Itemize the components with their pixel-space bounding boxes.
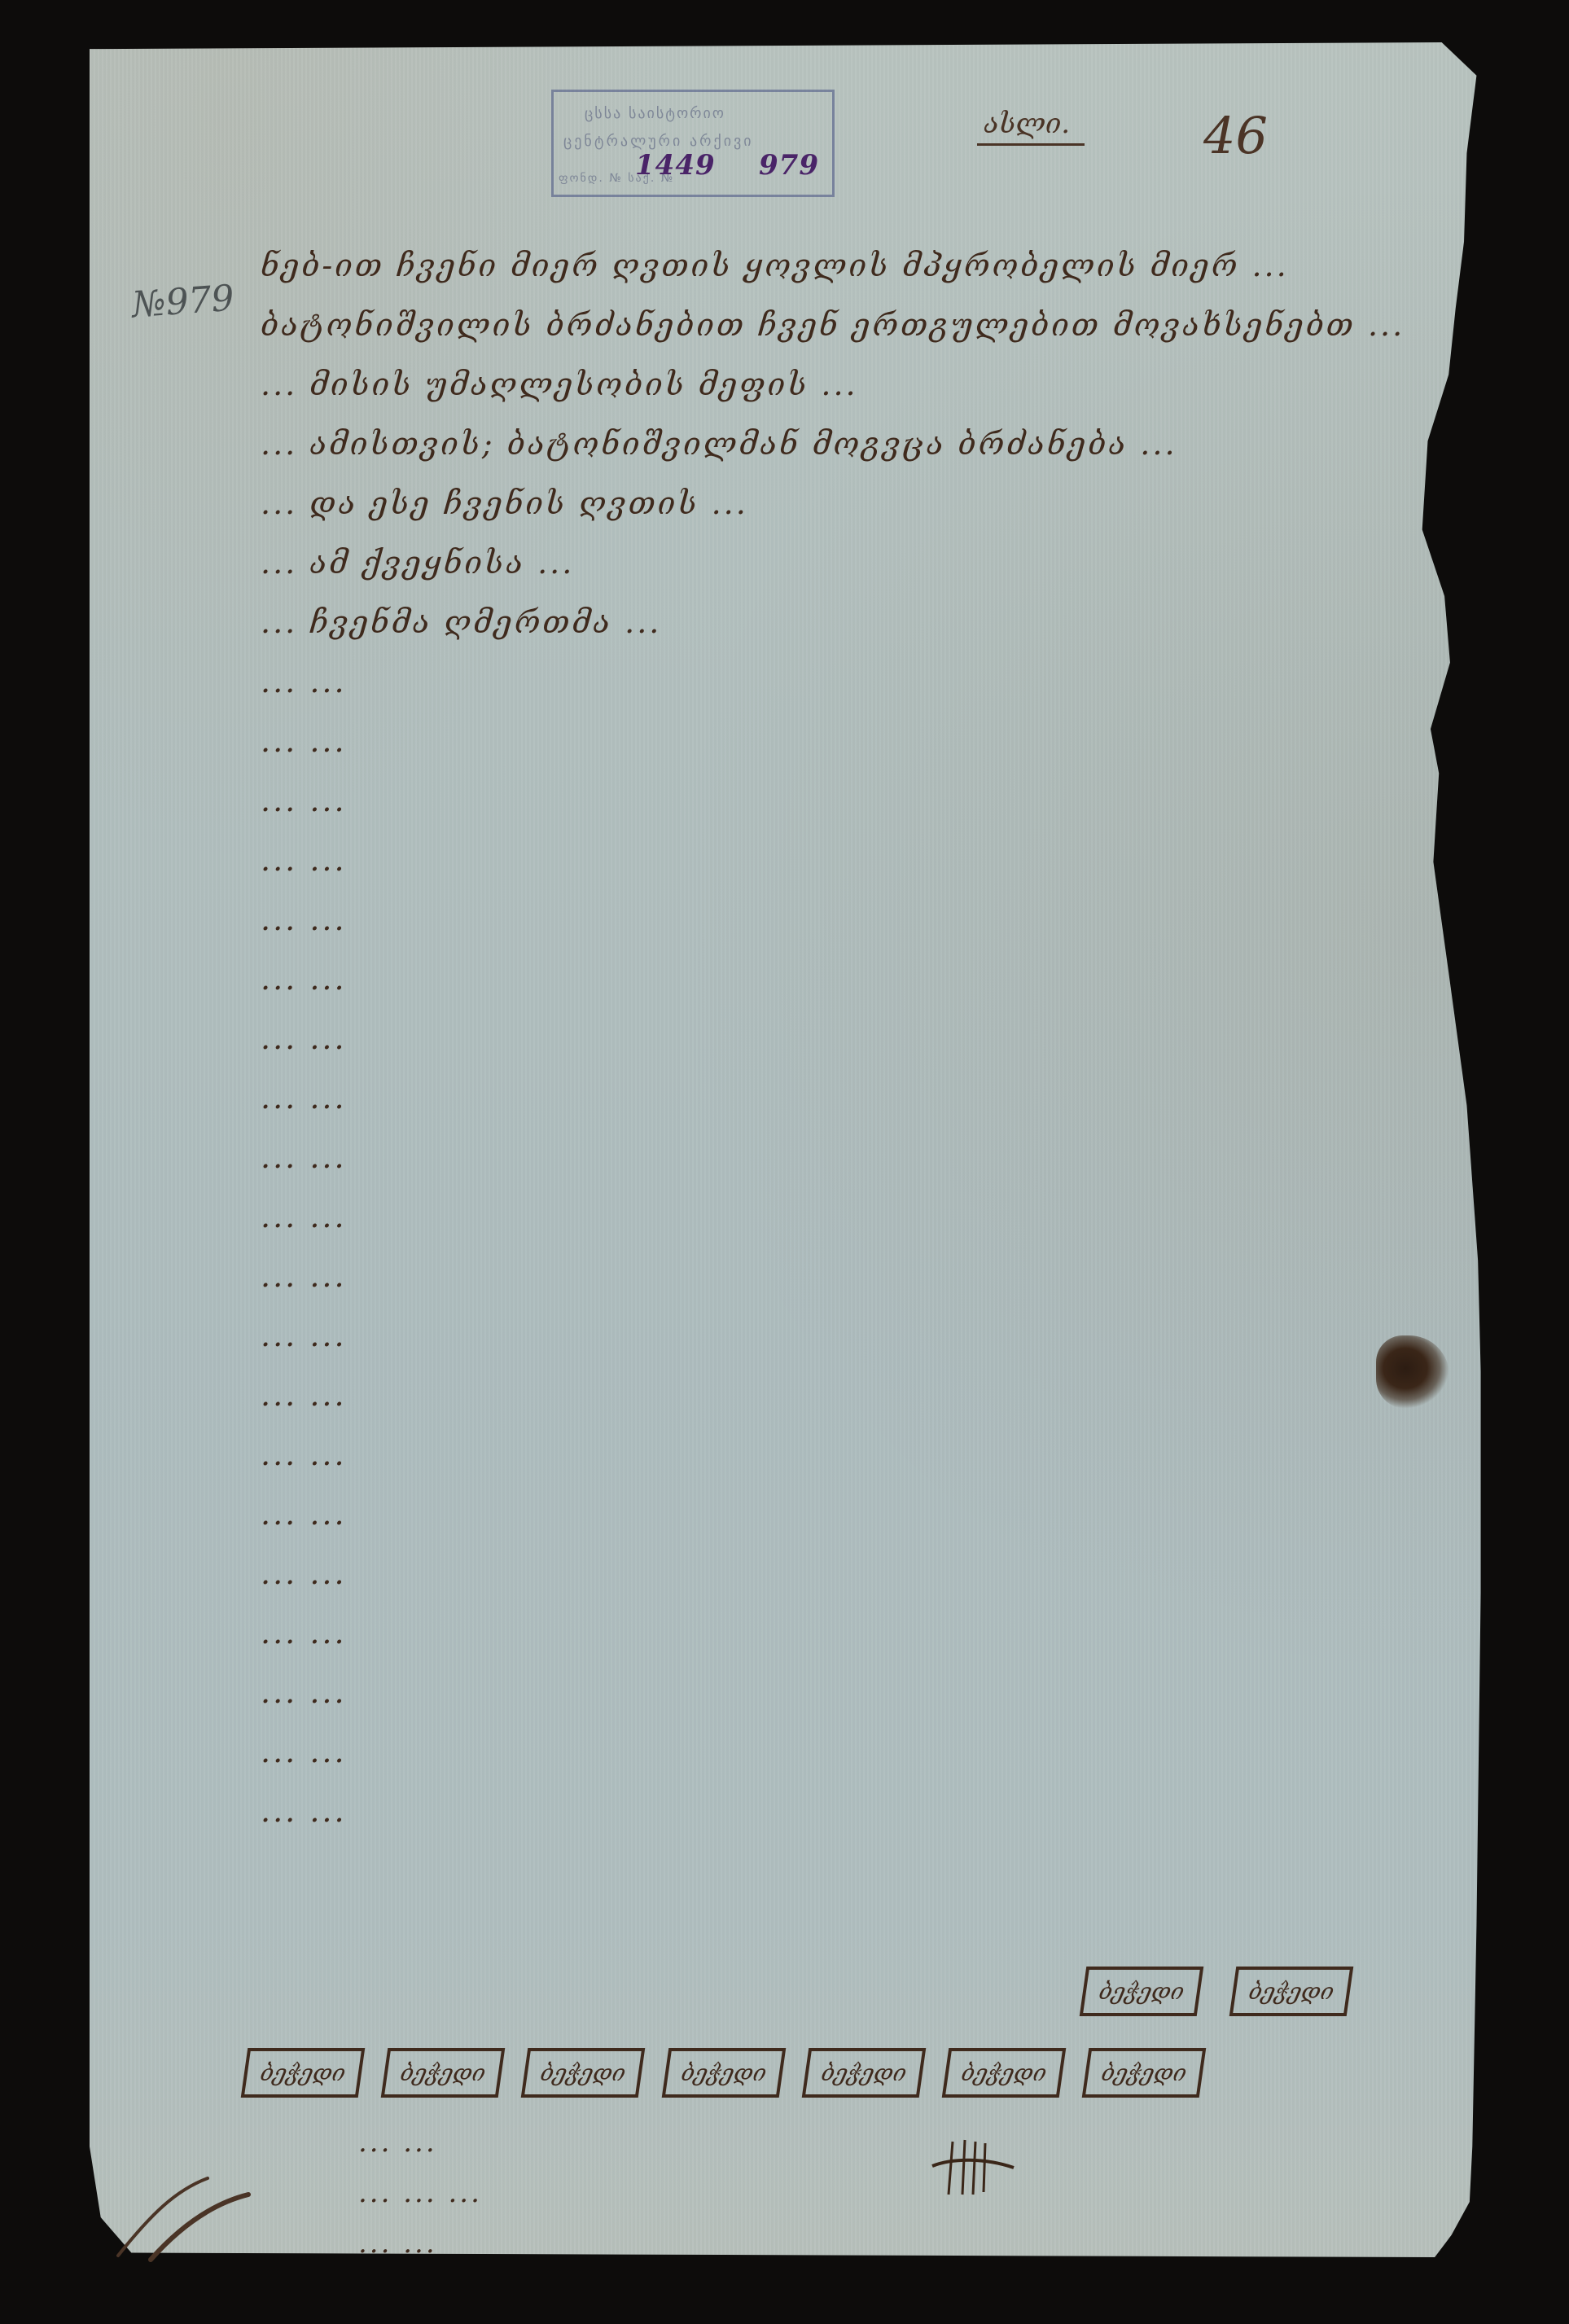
text-line: ... ... <box>261 1187 1482 1247</box>
text-line: ბატონიშვილის ბრძანებით ჩვენ ერთგულებით მ… <box>261 296 1482 355</box>
signature-boxes-row-1: ბეჭედი ბეჭედი <box>1083 1967 1350 2016</box>
text-line: ... ... <box>261 1722 1482 1782</box>
text-line: ... ... <box>261 1425 1482 1484</box>
margin-note: №979 <box>130 278 235 327</box>
page-number: 46 <box>1203 106 1268 165</box>
signature-scribble-icon <box>928 2133 1018 2199</box>
stamp-line-2: ცენტრალური არქივი <box>563 133 754 150</box>
stamp-case-number: 979 <box>759 149 819 182</box>
header-word: ასლი. <box>977 107 1085 146</box>
text-line: ... ... <box>261 1247 1482 1306</box>
closing-section: ... ... ... ... ... ... ... <box>358 2117 482 2269</box>
pen-flourish-icon <box>102 2166 281 2264</box>
stamp-line-1: ცსსა საისტორიო <box>585 105 725 122</box>
text-line: ... ... <box>261 1782 1482 1841</box>
signature-box: ბეჭედი <box>1229 1967 1354 2016</box>
signature-box: ბეჭედი <box>241 2048 366 2098</box>
text-line: ... ... <box>261 890 1482 949</box>
text-line: ... ... <box>261 1544 1482 1603</box>
signature-box: ბეჭედი <box>661 2048 786 2098</box>
text-line: ... ... <box>261 1663 1482 1722</box>
closing-line: ... ... <box>358 2117 482 2168</box>
text-line: ნებ-ით ჩვენი მიერ ღვთის ყოვლის მპყრობელი… <box>261 236 1482 296</box>
text-line: ... ... <box>261 1366 1482 1425</box>
text-line: ... ... <box>261 1128 1482 1187</box>
closing-line: ... ... <box>358 2218 482 2269</box>
text-line: ... ... <box>261 652 1482 712</box>
text-line: ... ... <box>261 949 1482 1009</box>
text-line: ... ... <box>261 771 1482 831</box>
text-line: ... ... <box>261 1306 1482 1366</box>
signature-box: ბეჭედი <box>801 2048 926 2098</box>
text-line: ... ... <box>261 1603 1482 1663</box>
text-line: ... ამისთვის; ბატონიშვილმან მოგვცა ბრძან… <box>261 414 1482 474</box>
signature-box: ბეჭედი <box>381 2048 506 2098</box>
manuscript-body: ნებ-ით ჩვენი მიერ ღვთის ყოვლის მპყრობელი… <box>261 236 1482 1841</box>
text-line: ... ... <box>261 712 1482 771</box>
signature-boxes-row-2: ბეჭედი ბეჭედი ბეჭედი ბეჭედი ბეჭედი ბეჭედ… <box>244 2048 1203 2098</box>
text-line: ... მისის უმაღლესობის მეფის ... <box>261 355 1482 414</box>
signature-box: ბეჭედი <box>942 2048 1067 2098</box>
closing-line: ... ... ... <box>358 2168 482 2218</box>
text-line: ... ამ ქვეყნისა ... <box>261 533 1482 593</box>
text-line: ... ... <box>261 1484 1482 1544</box>
text-line: ... ... <box>261 1009 1482 1068</box>
stamp-fond-number: 1449 <box>635 149 716 182</box>
signature-box: ბეჭედი <box>1080 1967 1204 2016</box>
text-line: ... ჩვენმა ღმერთმა ... <box>261 593 1482 652</box>
text-line: ... და ესე ჩვენის ღვთის ... <box>261 474 1482 533</box>
text-line: ... ... <box>261 831 1482 890</box>
signature-box: ბეჭედი <box>1082 2048 1207 2098</box>
archive-stamp: ცსსა საისტორიო ცენტრალური არქივი ფონდ. №… <box>551 90 835 197</box>
signature-box: ბეჭედი <box>521 2048 646 2098</box>
text-line: ... ... <box>261 1068 1482 1128</box>
